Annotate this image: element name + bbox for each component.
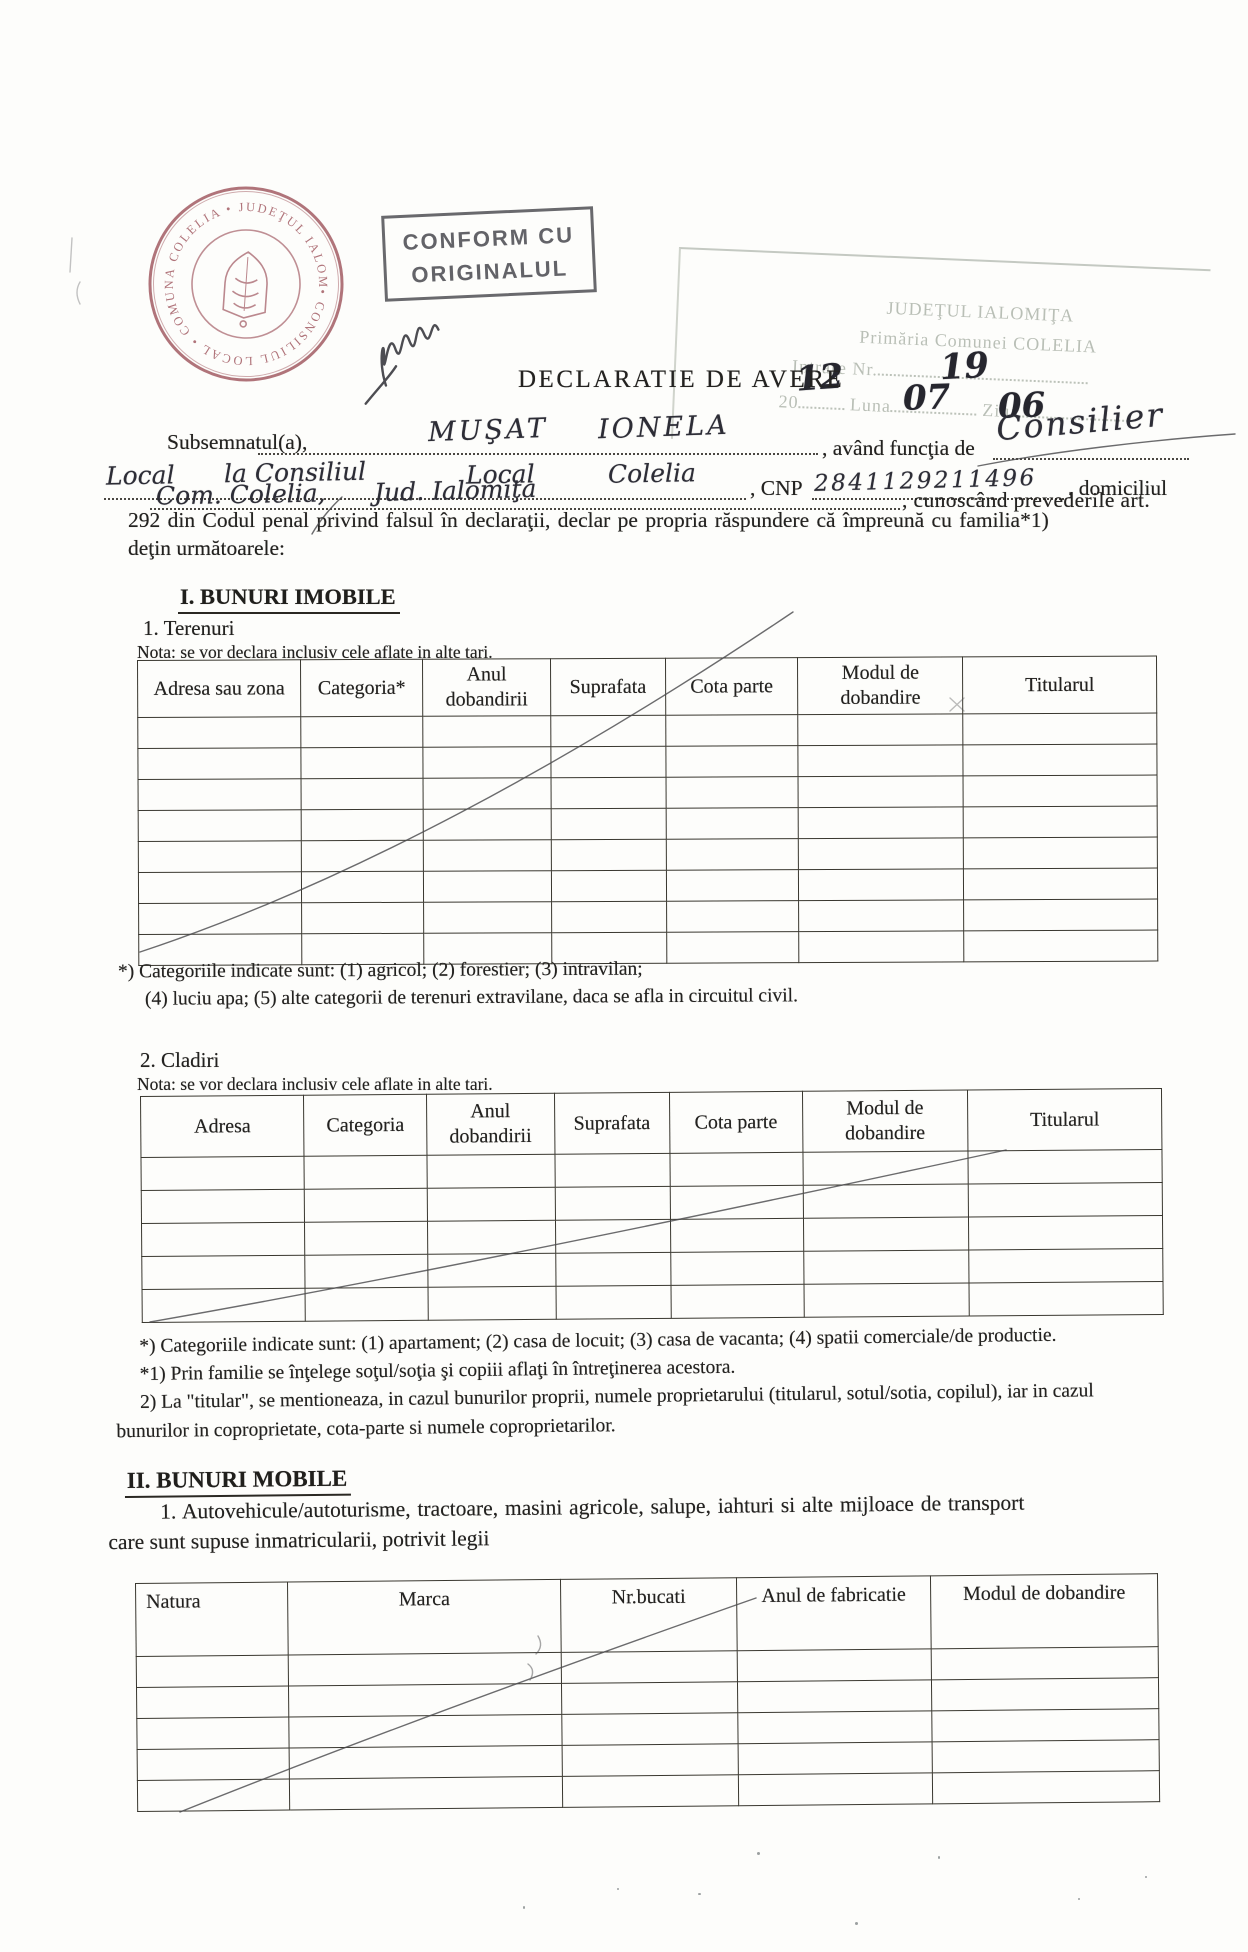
scanned-declaration-page: • CONSILIUL LOCAL • COMUNA COLELIA • JUD… bbox=[0, 0, 1248, 1952]
function-underline-flourish bbox=[978, 434, 1235, 466]
x-mark bbox=[950, 698, 964, 711]
cladiri-cancel-line bbox=[150, 1150, 1006, 1322]
dust-speck bbox=[617, 1888, 619, 1890]
dust-speck bbox=[523, 1906, 525, 1909]
vehicule-cancel-line bbox=[180, 1598, 756, 1812]
pen-strokes-overlay bbox=[0, 0, 1248, 1952]
dust-speck bbox=[698, 1893, 701, 1895]
dust-speck bbox=[757, 1852, 760, 1855]
terenuri-cancel-line bbox=[140, 612, 793, 952]
dust-speck bbox=[1145, 1876, 1147, 1878]
dust-speck bbox=[1078, 1898, 1080, 1900]
small-scribbles bbox=[528, 1636, 541, 1680]
dust-speck bbox=[855, 1922, 858, 1925]
dust-speck bbox=[938, 1856, 940, 1859]
edge-marks bbox=[70, 238, 80, 304]
pen-slash bbox=[312, 497, 342, 534]
